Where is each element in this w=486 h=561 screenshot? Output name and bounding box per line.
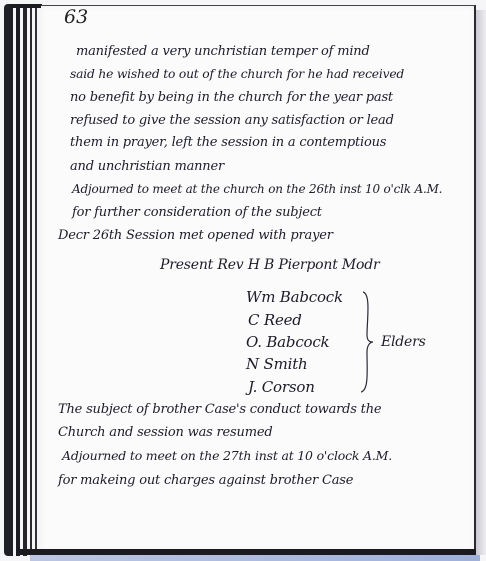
elder-name: C Reed: [248, 313, 302, 328]
page-number: 63: [64, 8, 88, 27]
text-line: refused to give the session any satisfac…: [70, 114, 394, 127]
text-line: Adjourned to meet at the church on the 2…: [72, 183, 442, 195]
present-line: Present Rev H B Pierpont Modr: [160, 258, 380, 272]
scanned-ledger-page: 63 manifested a very unchristian temper …: [0, 0, 486, 561]
text-line: for makeing out charges against brother …: [58, 474, 353, 487]
elder-name: Wm Babcock: [246, 290, 343, 305]
text-line: said he wished to out of the church for …: [70, 68, 404, 80]
text-line: for further consideration of the subject: [72, 206, 322, 219]
elder-name: J. Corson: [248, 380, 315, 395]
brace-icon: [361, 290, 375, 394]
page-edge-shadow: [476, 10, 486, 555]
binding-stripe: [35, 4, 37, 556]
text-line: no benefit by being in the church for th…: [70, 91, 393, 104]
text-line: Church and session was resumed: [58, 426, 272, 439]
book-binding: [0, 4, 42, 556]
text-line: manifested a very unchristian temper of …: [76, 45, 370, 58]
text-line: Decr 26th Session met opened with prayer: [58, 229, 333, 242]
binding-stripe: [16, 4, 20, 556]
binding-stripe: [30, 4, 32, 556]
text-line: The subject of brother Case's conduct to…: [58, 403, 381, 416]
text-line: Adjourned to meet on the 27th inst at 10…: [62, 450, 392, 463]
binding-top-edge: [10, 4, 42, 8]
text-line: them in prayer, left the session in a co…: [70, 136, 386, 149]
elders-label: Elders: [381, 335, 426, 349]
text-line: and unchristian manner: [70, 160, 224, 173]
binding-stripe: [4, 4, 13, 556]
elder-name: O. Babcock: [246, 335, 329, 350]
scanner-edge: [30, 555, 480, 561]
elder-name: N Smith: [246, 357, 307, 372]
binding-stripe: [23, 4, 27, 556]
